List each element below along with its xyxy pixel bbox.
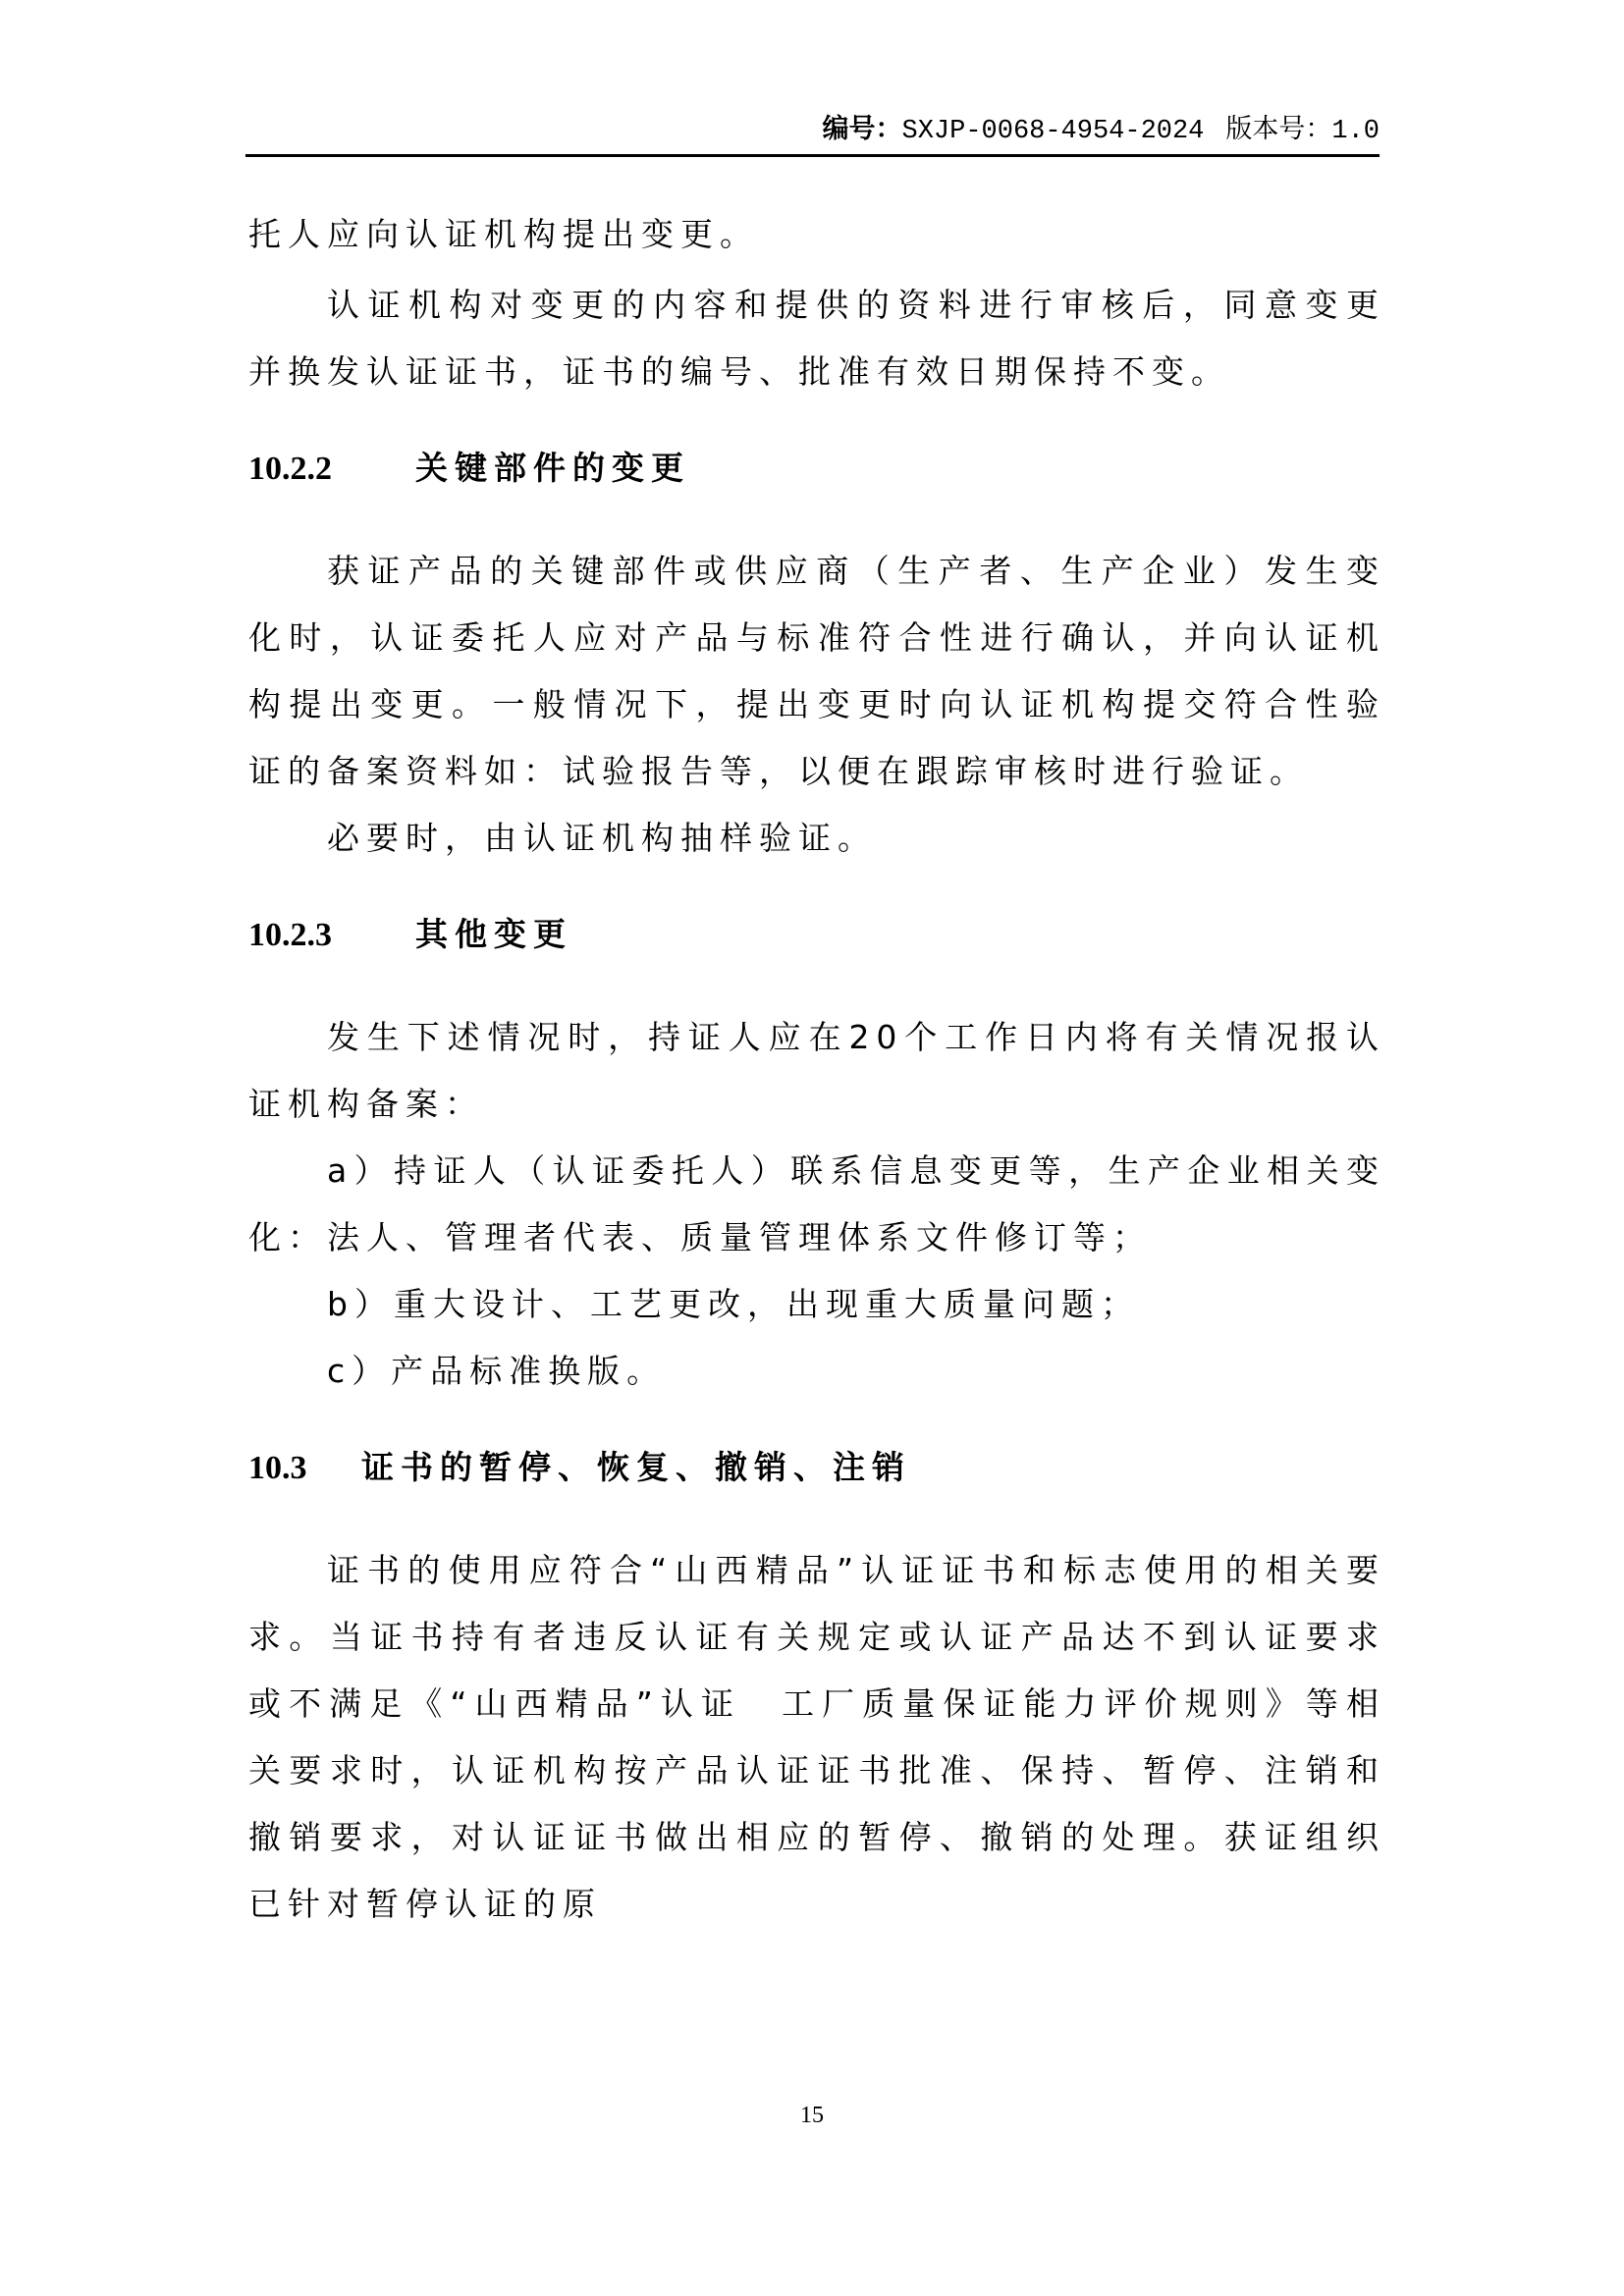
- paragraph-key-parts: 获证产品的关键部件或供应商（生产者、生产企业）发生变化时，认证委托人应对产品与标…: [248, 538, 1385, 805]
- section-number: 10.2.2: [248, 436, 415, 503]
- version-label: 版本号：: [1225, 114, 1331, 144]
- header-divider: [245, 154, 1380, 157]
- list-item-b: b）重大设计、工艺更改，出现重大质量问题；: [248, 1271, 1385, 1338]
- section-title: 其他变更: [415, 915, 572, 953]
- paragraph-sampling: 必要时，由认证机构抽样验证。: [248, 805, 1385, 872]
- section-title: 证书的暂停、恢复、撤销、注销: [361, 1448, 911, 1486]
- paragraph-review: 认证机构对变更的内容和提供的资料进行审核后，同意变更并换发认证证书，证书的编号、…: [248, 272, 1385, 405]
- page-body: 托人应向认证机构提出变更。 认证机构对变更的内容和提供的资料进行审核后，同意变更…: [248, 201, 1385, 1938]
- section-heading-10-2-3: 10.2.3其他变更: [248, 901, 1385, 969]
- paragraph-certificate-suspension: 证书的使用应符合“山西精品”认证证书和标志使用的相关要求。当证书持有者违反认证有…: [248, 1537, 1385, 1938]
- page-header: 编号：SXJP-0068-4954-2024版本号：1.0: [245, 106, 1380, 153]
- list-item-c: c）产品标准换版。: [248, 1338, 1385, 1405]
- doc-code-label: 编号：: [823, 114, 902, 144]
- section-heading-10-2-2: 10.2.2关键部件的变更: [248, 435, 1385, 503]
- version-value: 1.0: [1331, 117, 1380, 146]
- paragraph-continuation: 托人应向认证机构提出变更。: [248, 201, 1385, 268]
- section-number: 10.3: [248, 1435, 361, 1502]
- list-item-a: a）持证人（认证委托人）联系信息变更等，生产企业相关变化：法人、管理者代表、质量…: [248, 1138, 1385, 1271]
- document-page: 编号：SXJP-0068-4954-2024版本号：1.0 托人应向认证机构提出…: [0, 0, 1624, 2296]
- doc-code-value: SXJP-0068-4954-2024: [902, 117, 1205, 146]
- section-title: 关键部件的变更: [415, 449, 690, 487]
- section-number: 10.2.3: [248, 902, 415, 969]
- page-number: 15: [0, 2103, 1624, 2129]
- paragraph-other-changes: 发生下述情况时，持证人应在20个工作日内将有关情况报认证机构备案：: [248, 1004, 1385, 1138]
- section-heading-10-3: 10.3证书的暂停、恢复、撤销、注销: [248, 1434, 1385, 1502]
